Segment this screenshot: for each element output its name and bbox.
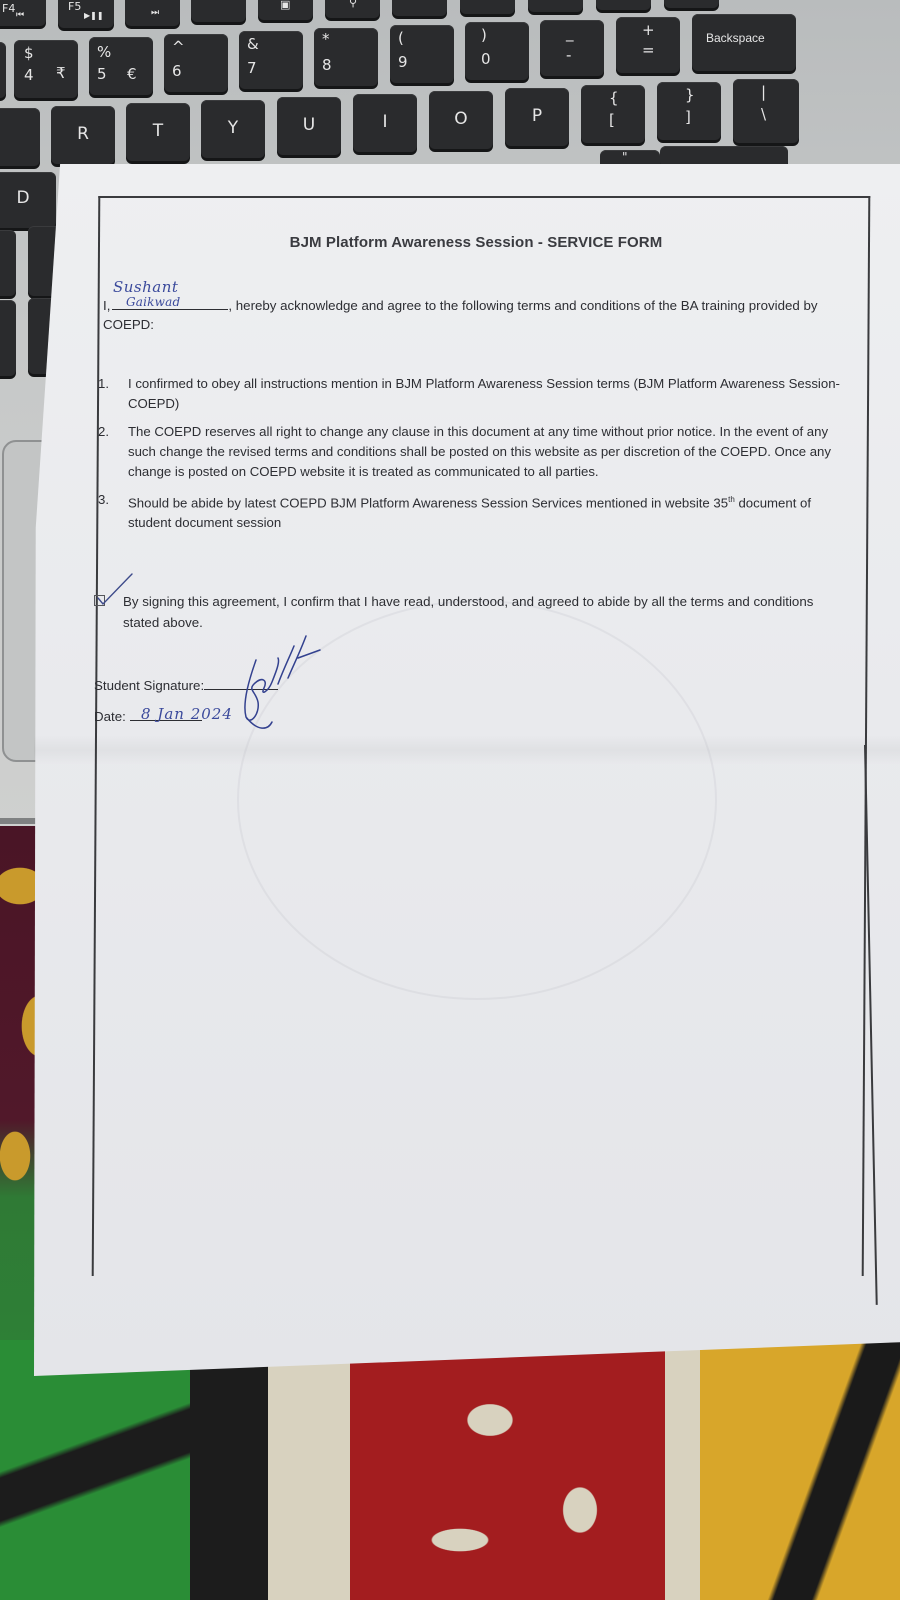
page-border [92,196,871,1276]
key-f12 [528,0,583,12]
ordinal-suffix: th [728,495,735,504]
key-f6: ⏭ [125,0,180,26]
key-8: * 8 [314,28,378,86]
key-f7 [191,0,246,22]
key-p: P [505,88,569,146]
form-title: BJM Platform Awareness Session - SERVICE… [96,234,856,251]
handwritten-last-name: Gaikwad [126,295,180,309]
key-f13 [596,0,651,10]
key-equals: + = [616,17,680,73]
key-partial [0,230,16,296]
rug-black-band [190,1340,275,1600]
key-u: U [277,97,341,155]
key-bottom-glyph: 4 [24,66,34,84]
key-f5: F5 ▶❚❚ [58,0,114,28]
terms-list: 1. I confirmed to obey all instructions … [96,374,856,541]
key-top-glyph: * [322,30,330,48]
key-i: I [353,94,417,152]
rug-red-band [350,1340,680,1600]
key-bottom-glyph: 9 [398,53,408,71]
key-top-glyph: % [97,43,111,61]
agreement-confirmation: By signing this agreement, I confirm tha… [94,591,839,633]
display-icon: ▣ [280,0,290,11]
key-bottom-glyph: \ [761,105,766,123]
agreement-text: By signing this agreement, I confirm tha… [94,591,839,633]
key-bottom-glyph: 7 [247,59,257,77]
key-right-bracket: } ] [657,82,721,140]
date-label: Date: [94,709,126,724]
handwritten-signature [228,622,328,732]
term-number: 1. [98,374,109,394]
term-item: 1. I confirmed to obey all instructions … [96,374,856,414]
key-bottom-glyph: - [566,46,571,64]
key-bottom-glyph: 0 [481,50,491,68]
handwritten-first-name: Sushant [113,278,178,296]
key-top-glyph: _ [566,24,574,42]
euro-glyph: € [127,65,137,83]
term-text: I confirmed to obey all instructions men… [128,376,840,411]
rug-cream-band [268,1340,358,1600]
key-r: R [51,106,115,164]
term-text: The COEPD reserves all right to change a… [128,424,831,479]
key-5: % 5 € [89,37,153,95]
key-letter: O [429,109,493,129]
term-text: Should be abide by latest COEPD BJM Plat… [128,495,728,510]
key-label: F5 [68,0,81,13]
key-minus: _ - [540,20,604,76]
search-icon: ⚲ [349,0,357,9]
acknowledgement-paragraph: I,, hereby acknowledge and agree to the … [103,296,863,334]
key-backspace: Backspace [692,14,796,71]
key-letter: D [0,188,56,208]
key-bottom-glyph: 8 [322,56,332,74]
key-top-glyph: $ [24,44,34,62]
term-number: 3. [98,490,109,510]
signature-label: Student Signature: [94,678,204,693]
key-letter: T [126,121,190,141]
key-f10 [392,0,447,16]
play-pause-icon: ▶❚❚ [84,11,104,20]
handwritten-date: 8 Jan 2024 [141,705,233,723]
key-top-glyph: { [609,89,619,107]
key-f9: ⚲ [325,0,380,18]
key-bottom-glyph: ] [685,108,691,126]
key-4: $ 4 ₹ [14,40,78,98]
rug-cream-stripe [665,1340,703,1600]
key-edge [0,42,6,98]
key-bottom-glyph: 5 [97,65,107,83]
key-e: E [0,108,40,166]
term-item: 3. Should be abide by latest COEPD BJM P… [96,490,856,533]
rug-yellow-band [700,1340,900,1600]
key-label: Backspace [706,31,765,45]
key-top-glyph: | [761,83,766,101]
term-number: 2. [98,422,109,442]
key-top-glyph: ^ [172,38,185,56]
key-bottom-glyph: = [642,41,655,59]
key-t: T [126,103,190,161]
key-o: O [429,91,493,149]
key-0: ) 0 [465,22,529,80]
key-f8: ▣ [258,0,313,20]
key-top-glyph: " [622,150,628,164]
key-6: ^ 6 [164,34,228,92]
handwritten-check-icon [96,572,136,606]
key-y: Y [201,100,265,158]
key-top-glyph: ) [481,26,487,44]
key-backslash: | \ [733,79,799,143]
intro-prefix: I, [103,298,110,313]
key-7: & 7 [239,31,303,89]
key-letter: I [353,112,417,132]
key-letter: P [505,106,569,126]
key-top-glyph: } [685,86,695,104]
key-top-glyph: & [247,35,259,53]
previous-track-icon: ⏮ [16,10,24,20]
key-letter: U [277,115,341,135]
key-letter: R [51,124,115,144]
key-top-glyph: ( [398,29,404,47]
key-f14 [664,0,719,8]
key-left-bracket: { [ [581,85,645,143]
key-f11 [460,0,515,14]
key-label: F4 [2,2,15,15]
key-bottom-glyph: 6 [172,62,182,80]
key-letter: Y [201,118,265,138]
key-9: ( 9 [390,25,454,83]
next-track-icon: ⏭ [151,8,159,18]
rupee-glyph: ₹ [56,64,66,82]
key-bottom-glyph: [ [609,111,615,129]
rug-green-band [0,1340,190,1600]
key-letter: E [0,126,1,146]
key-f4: F4 ⏮ [0,0,46,26]
term-item: 2. The COEPD reserves all right to chang… [96,422,856,482]
key-d: D [0,172,56,228]
key-top-glyph: + [642,21,655,39]
key-partial [0,300,16,376]
